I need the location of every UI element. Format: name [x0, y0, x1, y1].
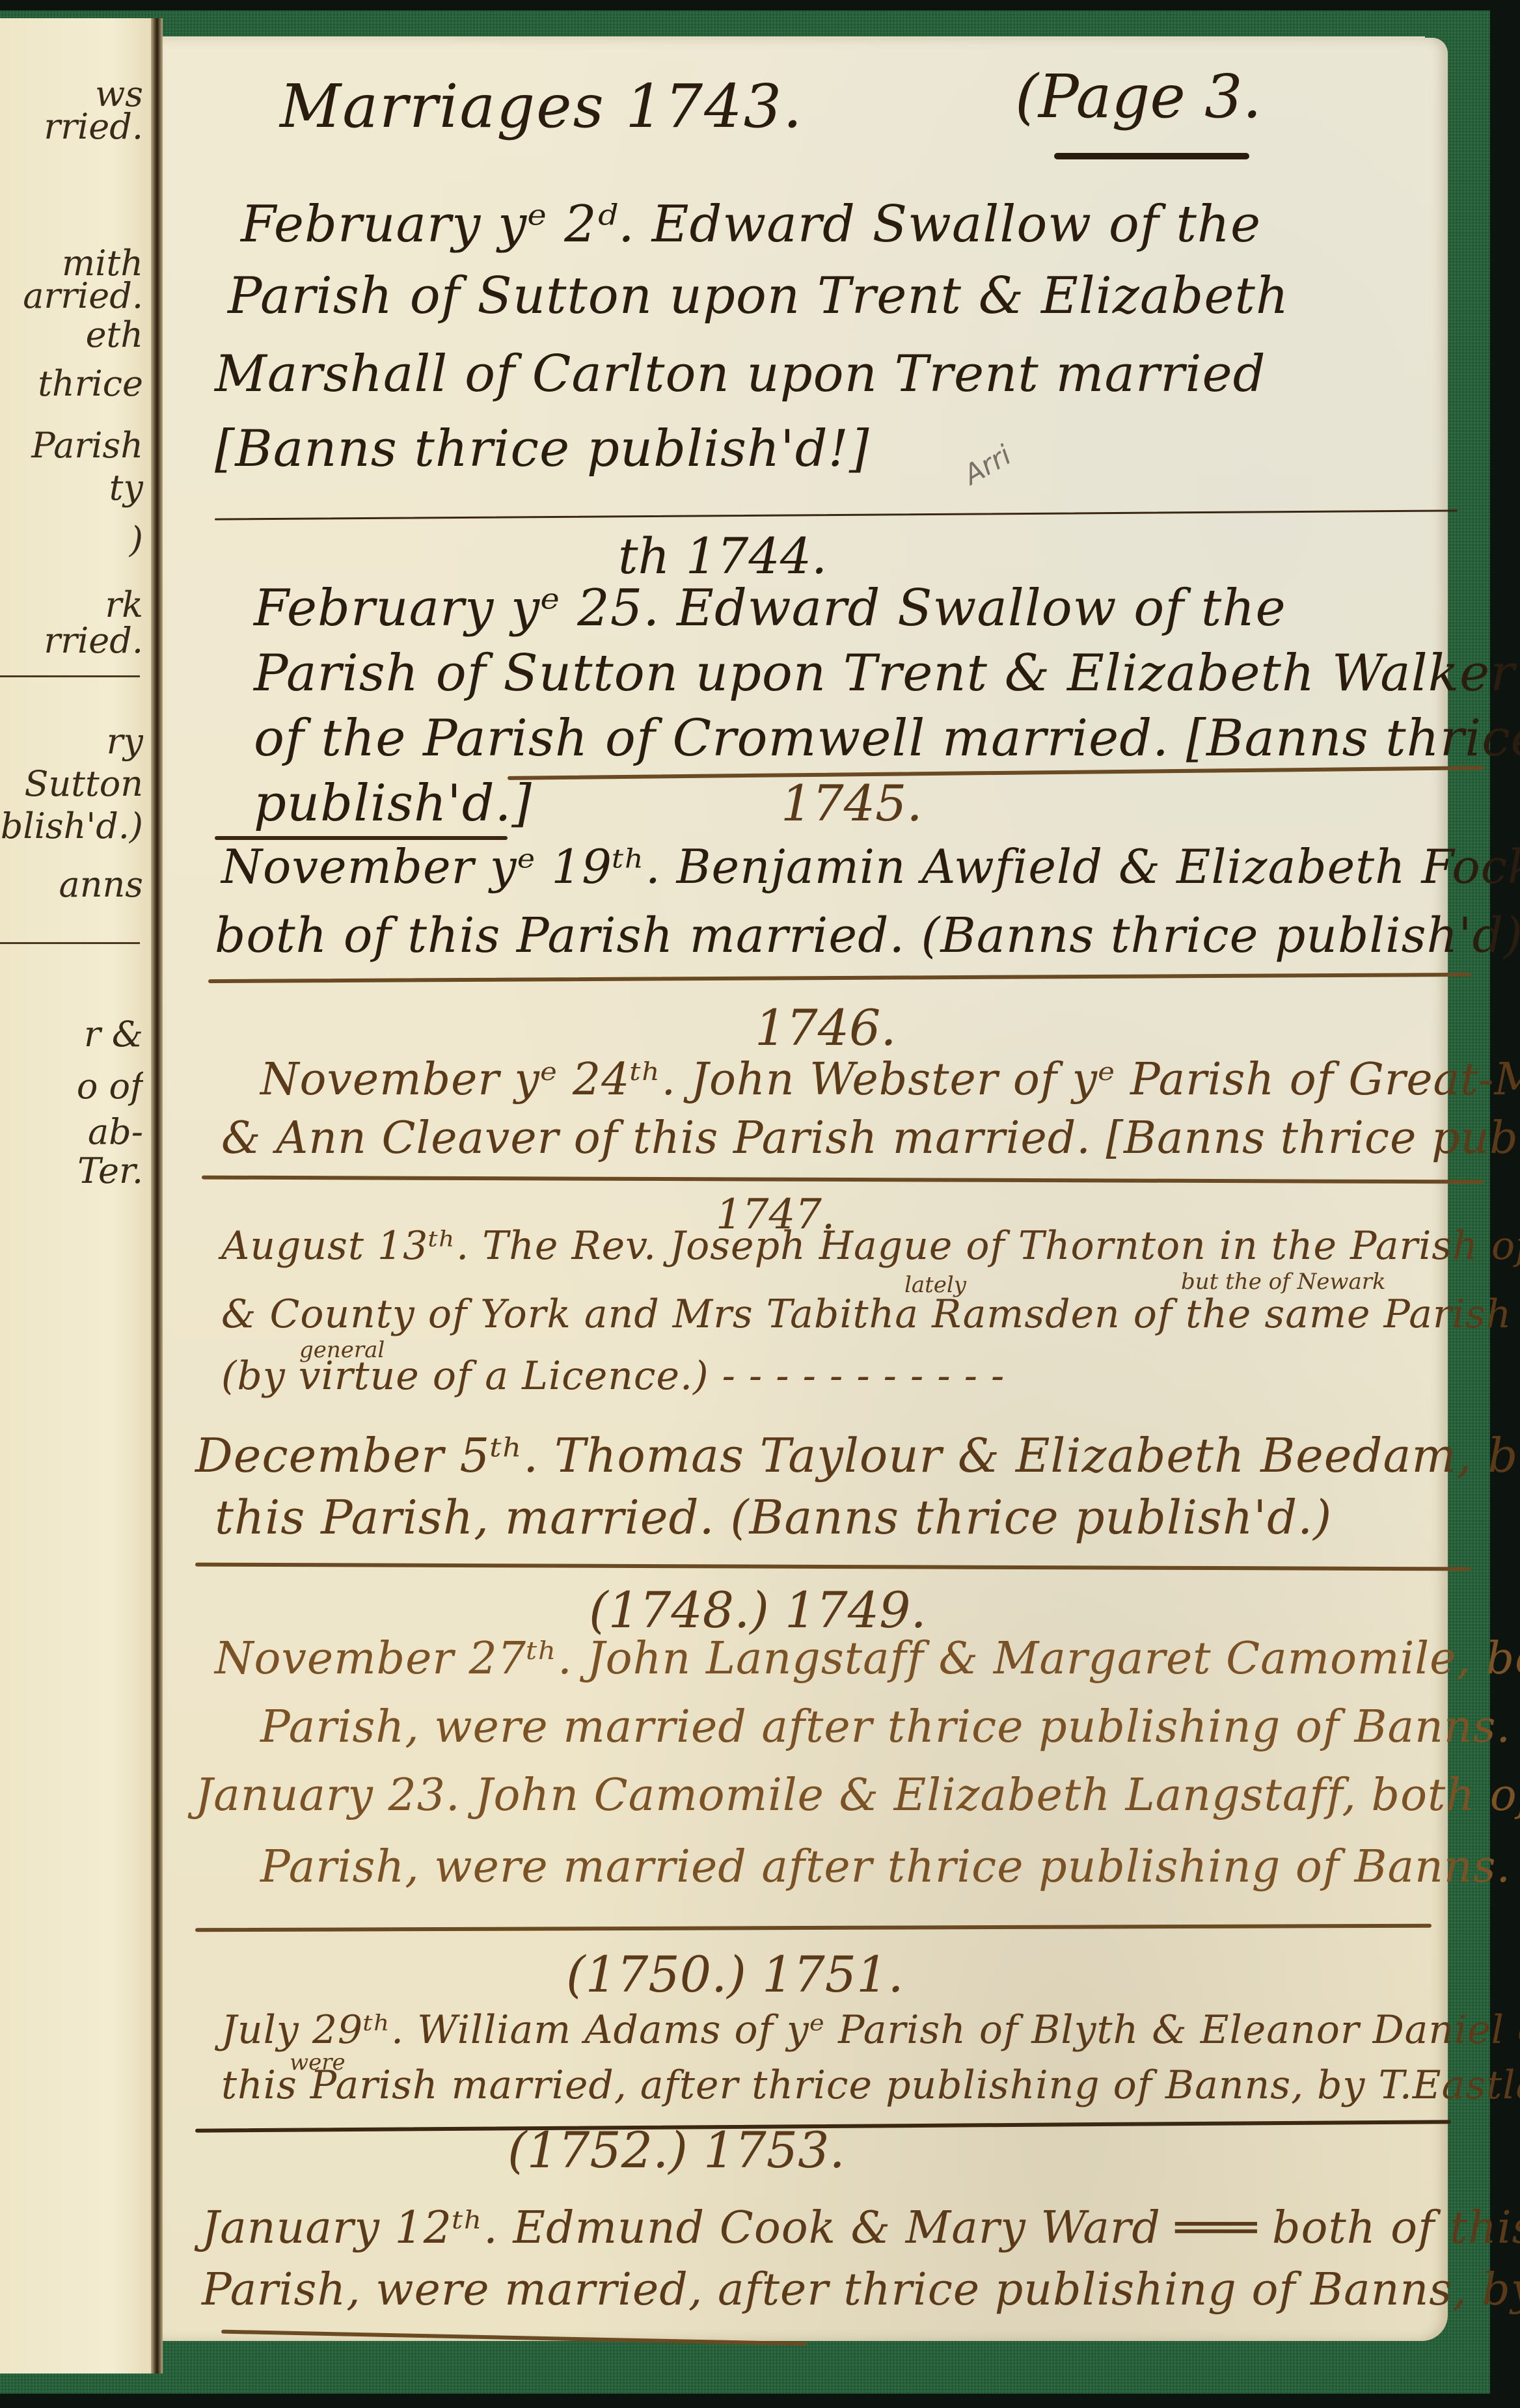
page-number: (Page 3.: [1015, 62, 1262, 131]
entry-1743-line-2: Parish of Sutton upon Trent & Elizabeth: [228, 267, 1289, 325]
entry-1745-line-2: both of this Parish married. (Banns thri…: [215, 908, 1520, 964]
facing-rule: [0, 675, 140, 677]
entry-1751-line-1: July 29ᵗʰ. William Adams of yᵉ Parish of…: [221, 2007, 1520, 2053]
year-heading-1744: th 1744.: [618, 527, 827, 585]
year-heading-1745: 1745.: [781, 774, 923, 832]
facing-fragment: ab-: [0, 1111, 143, 1152]
entry-1743-line-1: February yᵉ 2ᵈ. Edward Swallow of the: [241, 195, 1261, 254]
facing-fragment: thrice: [0, 363, 143, 404]
facing-fragment: Sutton: [0, 763, 143, 804]
facing-fragment: o of: [0, 1066, 143, 1107]
book-gutter: [151, 18, 163, 2374]
facing-fragment: ry: [0, 721, 143, 762]
scan-shadow-bottom: [0, 2394, 1520, 2408]
entry-1753-line-2: Parish, were married, after thrice publi…: [202, 2264, 1520, 2316]
facing-fragment: rried.: [0, 620, 143, 661]
year-heading-1753: (1752.) 1753.: [508, 2121, 845, 2179]
entry-1749a-line-1: November 27ᵗʰ. John Langstaff & Margaret…: [215, 1633, 1520, 1684]
year-heading-1749: (1748.) 1749.: [589, 1581, 927, 1639]
facing-rule: [0, 942, 140, 944]
facing-fragment: ty: [0, 467, 143, 508]
year-heading-1746: 1746.: [755, 999, 897, 1057]
entry-1747a-line-2: & County of York and Mrs Tabitha Ramsden…: [221, 1292, 1520, 1337]
entry-1747a-line-3: (by virtue of a Licence.) - - - - - - - …: [221, 1353, 1005, 1399]
entry-1747b-line-1: December 5ᵗʰ. Thomas Taylour & Elizabeth…: [195, 1428, 1520, 1483]
entry-1751-line-2: this Parish married, after thrice publis…: [221, 2063, 1520, 2108]
facing-page: ws rried. mith arried. eth thrice Parish…: [0, 18, 159, 2374]
entry-1753-line-1: January 12ᵗʰ. Edmund Cook & Mary Ward ══…: [202, 2202, 1520, 2254]
facing-fragment: Parish: [0, 425, 143, 466]
facing-fragment: Ter.: [0, 1150, 143, 1191]
facing-fragment: r &: [0, 1014, 143, 1055]
facing-fragment: rried.: [0, 106, 143, 147]
facing-fragment: arried.: [0, 275, 143, 316]
entry-1747b-line-2: this Parish, married. (Banns thrice publ…: [215, 1490, 1332, 1545]
entry-1744-line-2: Parish of Sutton upon Trent & Elizabeth …: [254, 644, 1515, 703]
facing-fragment: ): [0, 519, 143, 560]
entry-1745-line-1: November yᵉ 19ᵗʰ. Benjamin Awfield & Eli…: [221, 839, 1520, 894]
entry-1749a-line-2: Parish, were married after thrice publis…: [260, 1701, 1511, 1753]
entry-1749b-line-1: January 23. John Camomile & Elizabeth La…: [195, 1770, 1520, 1821]
entry-1749b-line-2: Parish, were married after thrice publis…: [260, 1841, 1511, 1893]
entry-1744-line-3: of the Parish of Cromwell married. [Bann…: [254, 709, 1520, 768]
scan-shadow-top: [0, 0, 1520, 10]
facing-fragment: eth: [0, 314, 143, 355]
interlinear-insert: but the of Newark: [1181, 1269, 1386, 1295]
entry-1743-line-4: [Banns thrice publish'd!]: [215, 420, 869, 478]
entry-1747a-line-1: August 13ᵗʰ. The Rev. Joseph Hague of Th…: [221, 1223, 1520, 1269]
entry-1744-line-4: publish'd.]: [254, 774, 532, 833]
year-heading-1751: (1750.) 1751.: [566, 1945, 904, 2003]
facing-fragment: anns: [0, 864, 143, 905]
entry-1744-line-1: February yᵉ 25. Edward Swallow of the: [254, 579, 1286, 638]
facing-fragment: rk: [0, 584, 143, 625]
entry-1746-line-1: November yᵉ 24ᵗʰ. John Webster of yᵉ Par…: [260, 1054, 1520, 1105]
entry-1746-line-2: & Ann Cleaver of this Parish married. [B…: [221, 1113, 1520, 1164]
page-number-underline: [1054, 153, 1249, 159]
page-title: Marriages 1743.: [280, 72, 803, 141]
facing-fragment: blish'd.): [0, 805, 143, 846]
entry-1743-line-3: Marshall of Carlton upon Trent married: [215, 345, 1266, 403]
